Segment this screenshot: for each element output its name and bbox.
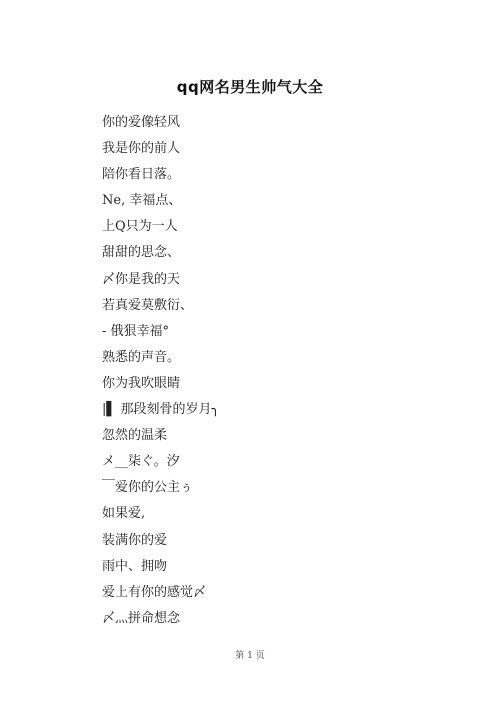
list-item: 陪你看日落。 [102, 166, 219, 192]
list-item: 雨中、拥吻 [102, 558, 219, 584]
list-item: メ__柒ぐ。汐 [102, 453, 219, 479]
list-item: 装满你的爱 [102, 532, 219, 558]
list-item: 你为我吹眼睛 [102, 375, 219, 401]
list-item: 你的爱像轻风 [102, 114, 219, 140]
list-item: - 俄狠幸福° [102, 323, 219, 349]
nickname-list: 你的爱像轻风 我是你的前人 陪你看日落。 Ne, 幸福点、 上Q只为一人 甜甜的… [102, 114, 219, 636]
list-item: 熟悉的声音。 [102, 349, 219, 375]
document-page: qq网名男生帅气大全 你的爱像轻风 我是你的前人 陪你看日落。 Ne, 幸福点、… [0, 0, 500, 708]
list-item: 爱上有你的感觉〆 [102, 584, 219, 610]
list-item: 〆你是我的天 [102, 271, 219, 297]
list-item: 我是你的前人 [102, 140, 219, 166]
document-title: qq网名男生帅气大全 [0, 76, 500, 97]
list-item: 甜甜的思念、 [102, 244, 219, 270]
list-item: 若真爱莫敷衍、 [102, 297, 219, 323]
list-item: ￣爱你的公主ぅ [102, 479, 219, 505]
list-item: 如果爱, [102, 505, 219, 531]
list-item: 上Q只为一人 [102, 218, 219, 244]
list-item: 〆灬拼命想念 [102, 610, 219, 636]
page-number: 第 1 页 [0, 648, 500, 661]
list-item: |▌ 那段刻骨的岁月╮ [102, 401, 219, 427]
list-item: Ne, 幸福点、 [102, 192, 219, 218]
list-item: 忽然的温柔 [102, 427, 219, 453]
